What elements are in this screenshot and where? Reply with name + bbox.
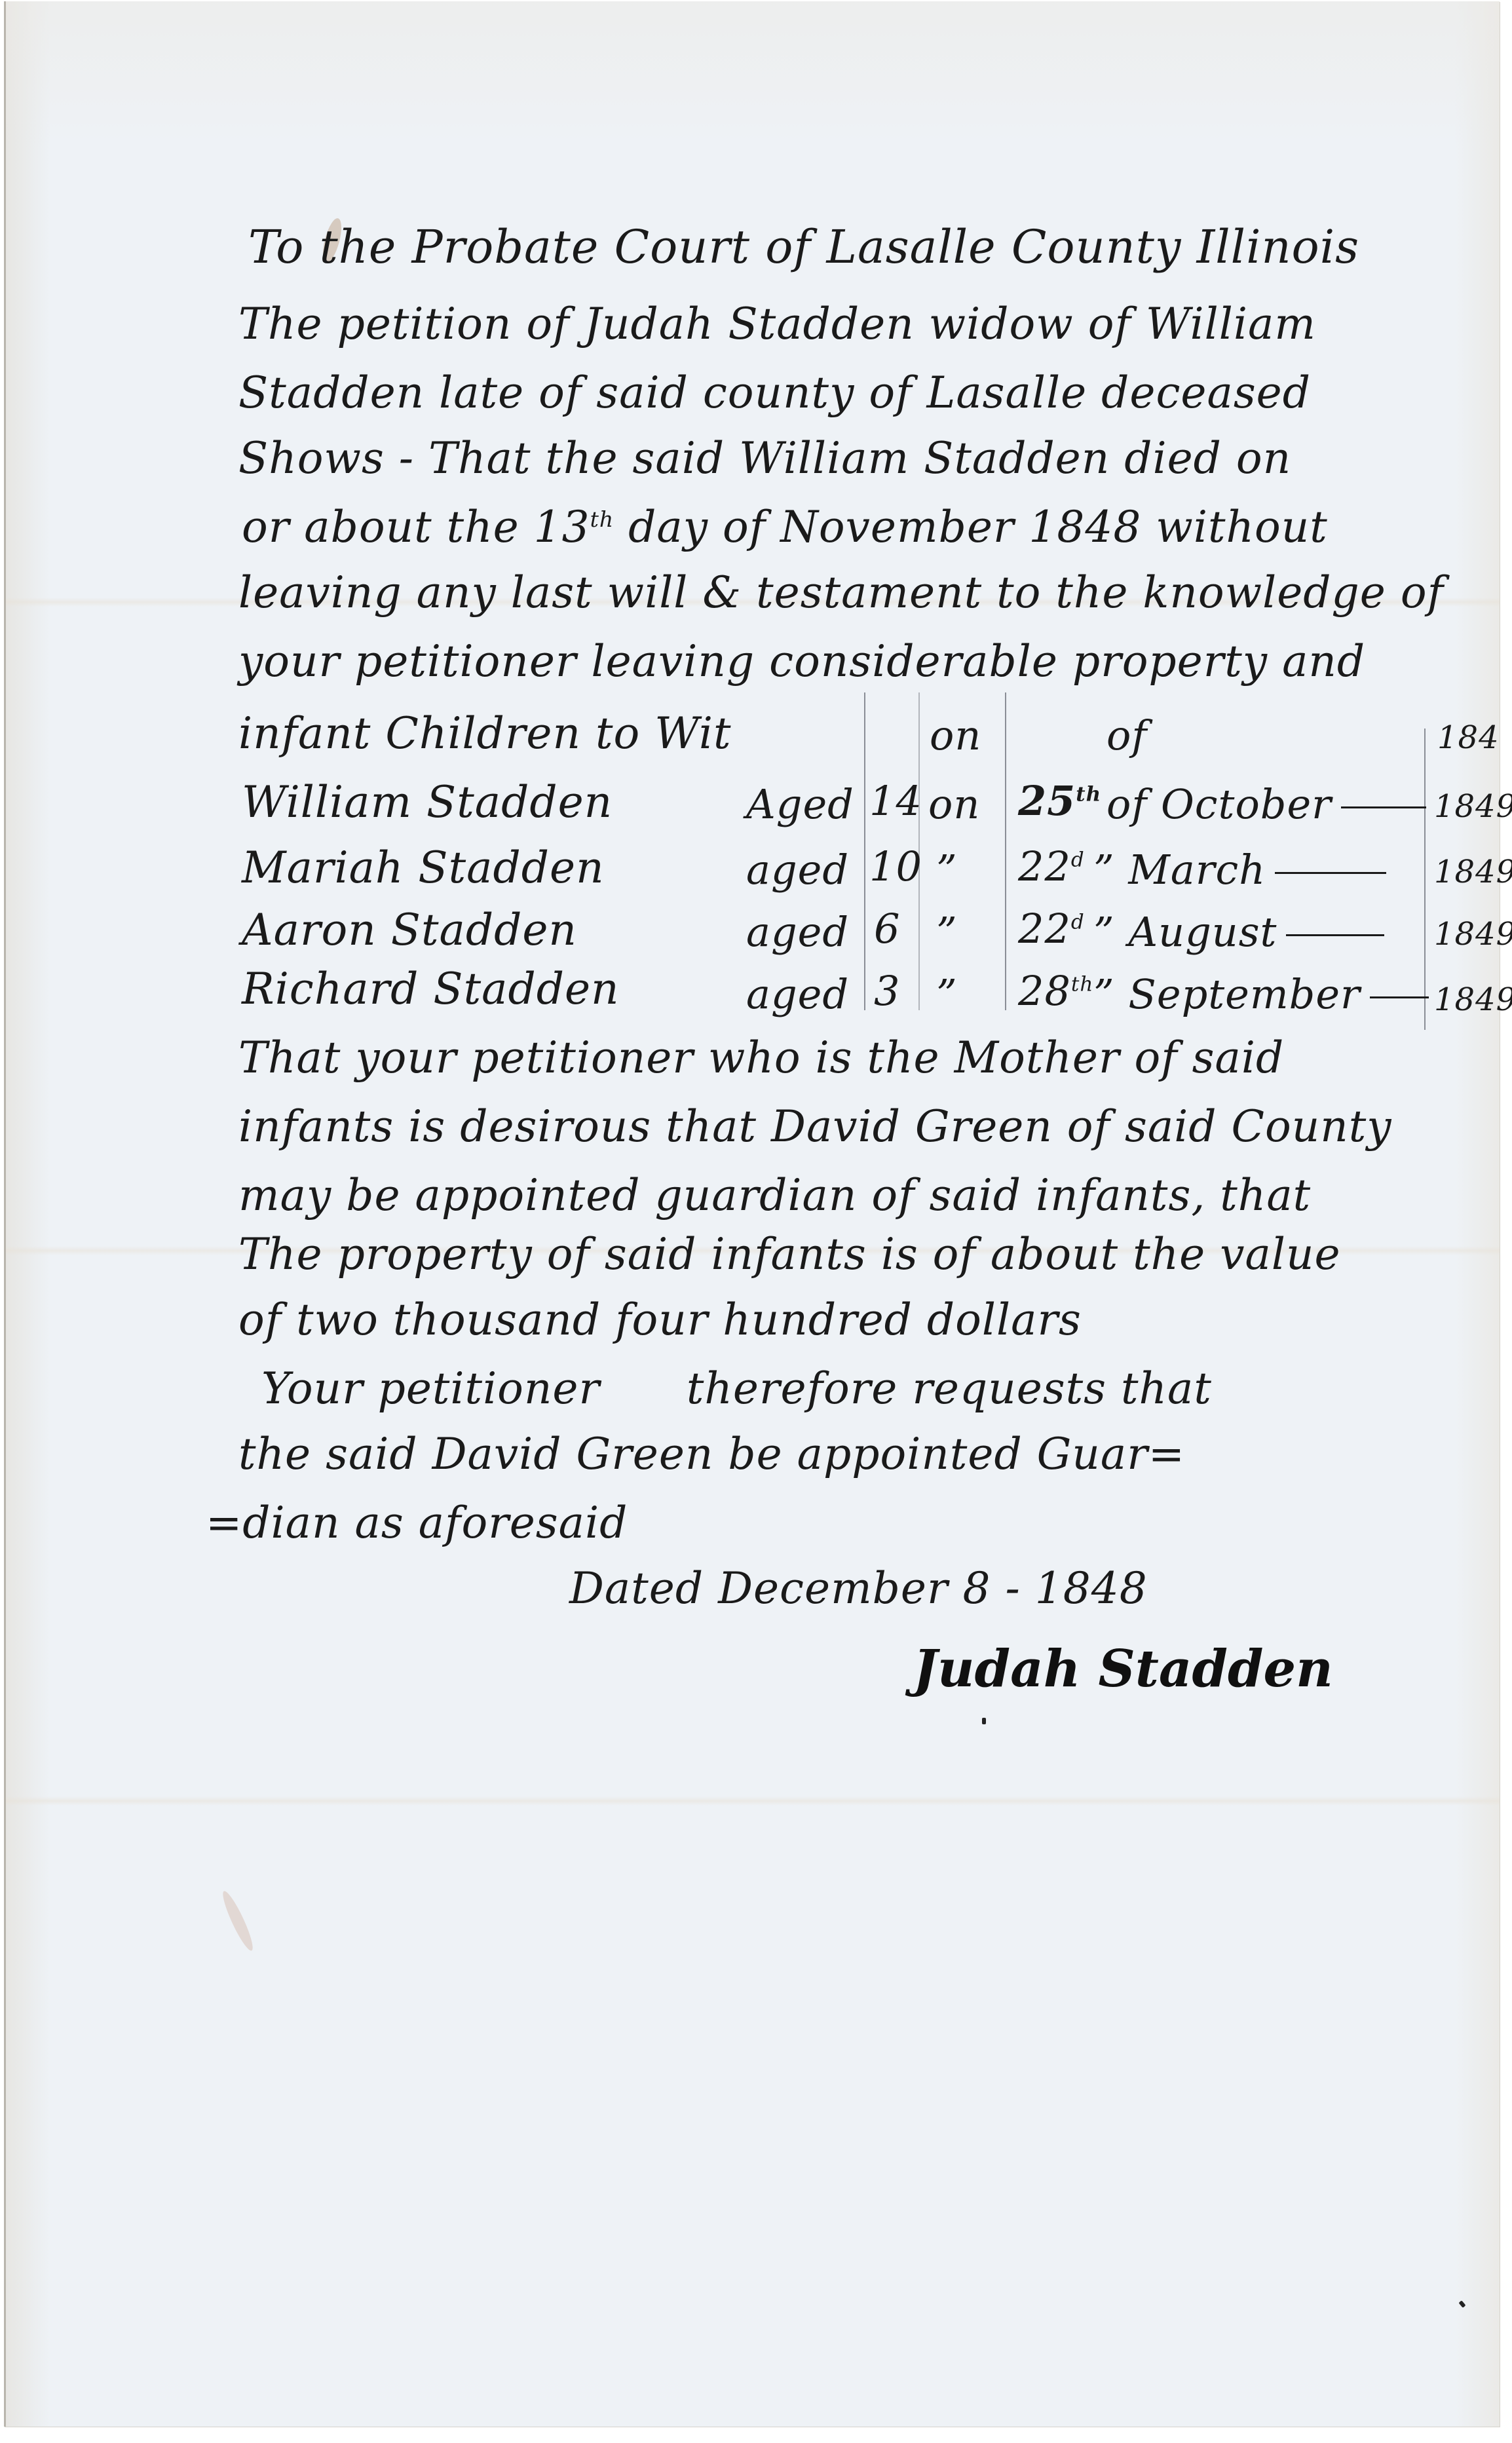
text-line: your petitioner leaving considerable pro… <box>238 640 1365 683</box>
birth-year: 1849 <box>1434 856 1512 888</box>
day-suffix: d <box>1071 848 1085 871</box>
table-header-on: on <box>930 715 981 756</box>
text-line: Stadden late of said county of Lasalle d… <box>238 371 1311 415</box>
birth-month: ” March <box>1093 850 1386 890</box>
month-value: ” September <box>1093 970 1361 1018</box>
birth-month: ” August <box>1093 912 1384 953</box>
birth-year: 1849 <box>1434 984 1512 1015</box>
child-age: 3 <box>874 971 900 1012</box>
text-line: =dian as aforesaid <box>206 1502 628 1545</box>
birth-month: of October <box>1106 784 1426 825</box>
birth-year: 1849 <box>1434 791 1512 822</box>
aged-label: Aged <box>746 784 854 825</box>
text-line: infants is desirous that David Green of … <box>238 1105 1392 1148</box>
text-line: infant Children to Wit <box>238 712 732 755</box>
text-line: The property of said infants is of about… <box>238 1233 1341 1276</box>
day-suffix: th <box>1076 782 1101 806</box>
birth-day: 22d <box>1018 846 1085 887</box>
date-line: Dated December 8 - 1848 <box>569 1567 1148 1610</box>
paper-fold-line <box>6 1796 1500 1806</box>
text-fragment: or about the 13th day of November 1848 w… <box>242 502 1328 552</box>
paper-stain <box>219 1889 257 1953</box>
fill-dash <box>1370 996 1429 998</box>
month-value: of October <box>1106 780 1332 828</box>
table-header-of: of <box>1106 715 1147 756</box>
text-line: the said David Green be appointed Guar= <box>238 1433 1185 1476</box>
aged-label: aged <box>746 974 849 1015</box>
birth-day: 22d <box>1018 909 1085 949</box>
child-name: Richard Stadden <box>242 968 620 1011</box>
text-line: Your petitioner therefore requests that <box>261 1367 1212 1411</box>
aged-label: aged <box>746 850 849 890</box>
table-column-rule <box>864 692 865 1010</box>
ditto-mark: ” <box>936 912 958 953</box>
child-name: Aaron Stadden <box>242 909 577 952</box>
text-line: of two thousand four hundred dollars <box>238 1298 1082 1342</box>
day-suffix: th <box>1071 972 1093 996</box>
heading-line: To the Probate Court of Lasalle County I… <box>248 224 1359 270</box>
ditto-mark: ” <box>936 850 958 890</box>
day-value: 22 <box>1018 843 1071 890</box>
child-age: 14 <box>869 781 922 822</box>
birth-day: 28th <box>1018 971 1093 1012</box>
ditto-mark: ” <box>936 974 958 1015</box>
text-line: leaving any last will & testament to the… <box>238 571 1444 615</box>
birth-year: 1849 <box>1434 918 1512 950</box>
fill-dash <box>1286 934 1384 936</box>
ink-dot <box>1458 2300 1465 2308</box>
child-age: 10 <box>869 846 922 887</box>
text-line: may be appointed guardian of said infant… <box>238 1174 1311 1217</box>
text-line: The petition of Judah Stadden widow of W… <box>238 303 1316 346</box>
day-value: 28 <box>1018 967 1071 1015</box>
day-value: 22 <box>1018 905 1071 953</box>
on-label: on <box>928 784 980 825</box>
birth-day: 25th <box>1018 781 1101 822</box>
text-line: That your petitioner who is the Mother o… <box>238 1036 1284 1080</box>
day-value: 25 <box>1018 777 1076 825</box>
birth-month: ” September <box>1093 974 1429 1015</box>
ink-dot <box>982 1718 986 1724</box>
child-name: William Stadden <box>242 781 613 824</box>
child-name: Mariah Stadden <box>242 846 605 890</box>
day-suffix: d <box>1071 910 1085 934</box>
month-value: ” August <box>1093 908 1277 956</box>
text-line: or about the 13th day of November 1848 w… <box>242 506 1328 549</box>
document-page: To the Probate Court of Lasalle County I… <box>4 1 1500 2427</box>
table-header-year: 184 <box>1437 722 1500 753</box>
child-age: 6 <box>874 909 900 949</box>
text-line: Shows - That the said William Stadden di… <box>238 437 1291 480</box>
table-column-rule <box>1005 692 1006 1010</box>
month-value: ” March <box>1093 846 1266 894</box>
fill-dash <box>1275 872 1386 874</box>
signature: Judah Stadden <box>913 1639 1333 1699</box>
aged-label: aged <box>746 912 849 953</box>
fill-dash <box>1341 806 1426 808</box>
